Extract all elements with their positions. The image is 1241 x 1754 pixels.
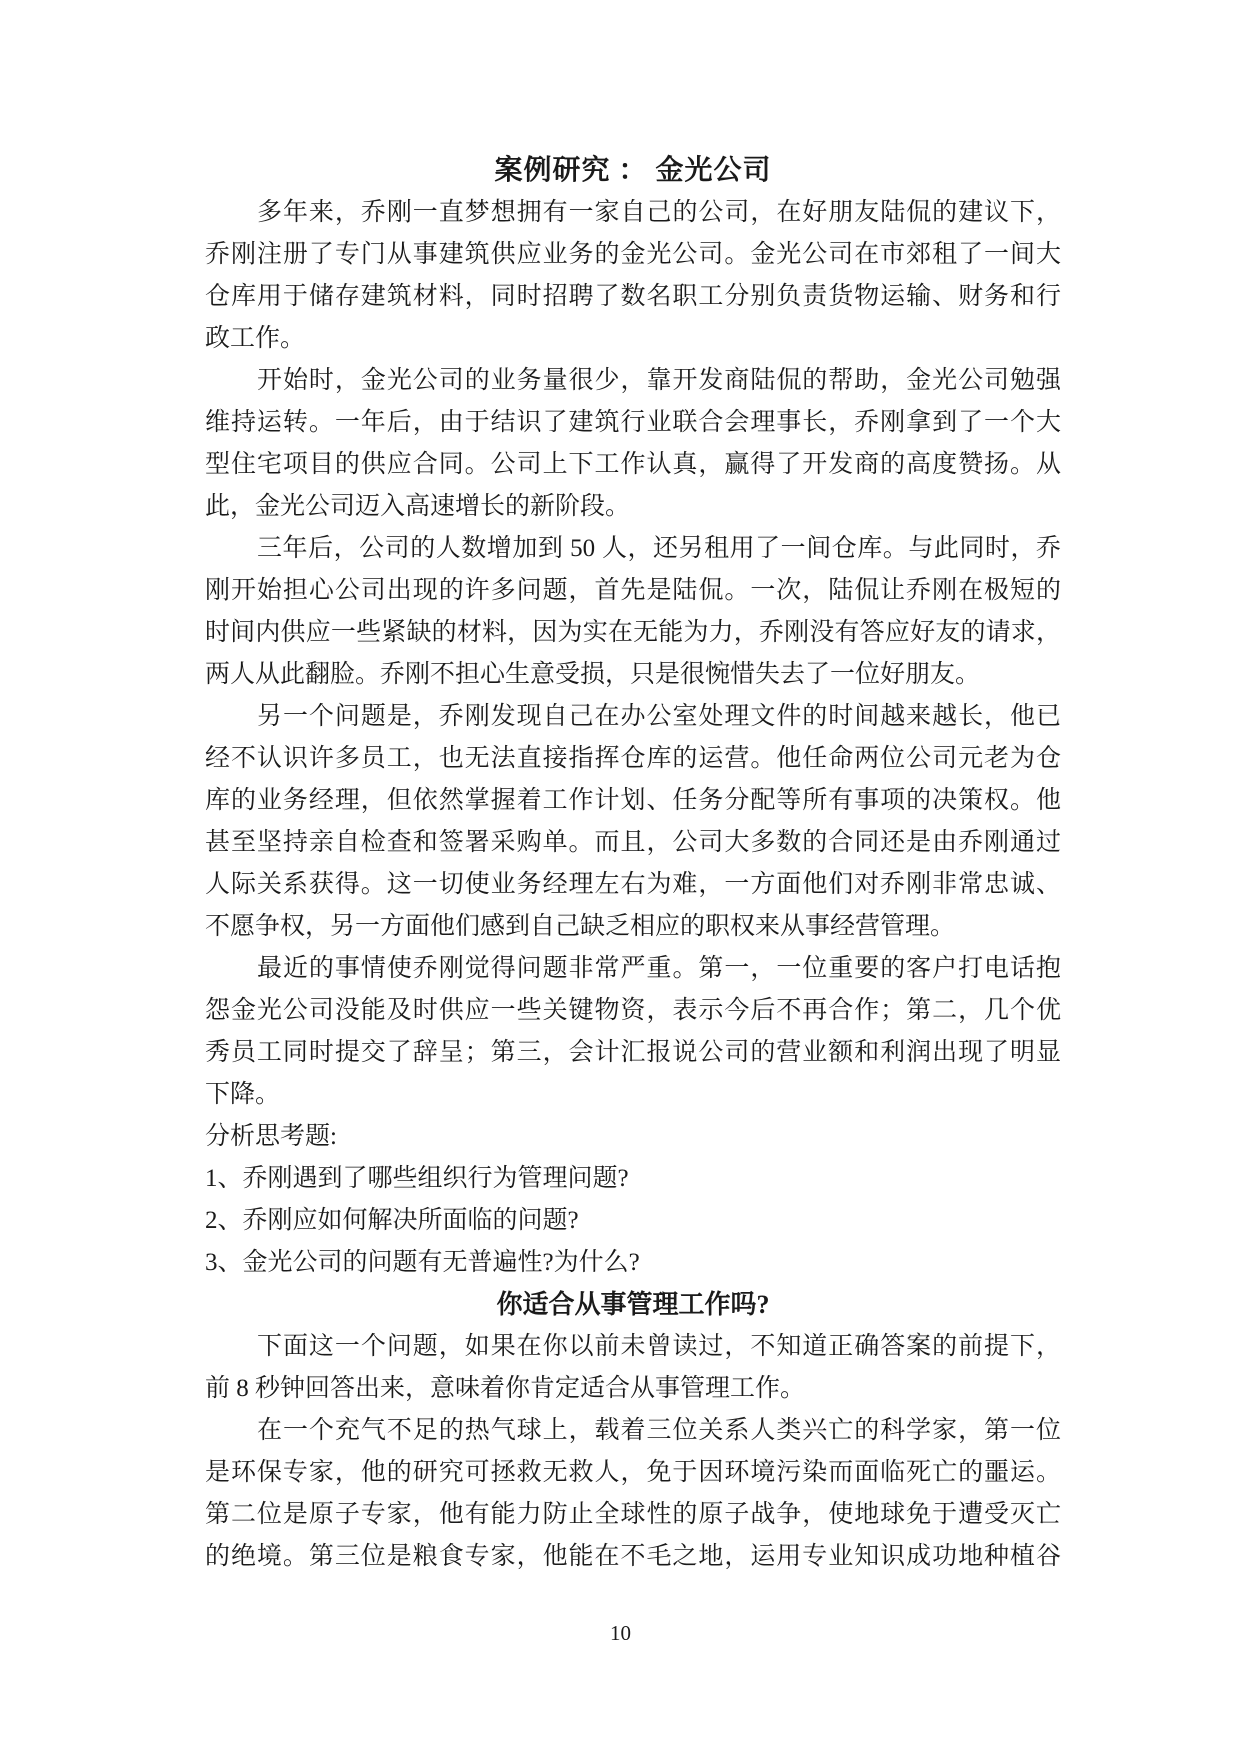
- paragraph-line: 两人从此翻脸。乔刚不担心生意受损，只是很惋惜失去了一位好朋友。: [205, 654, 1061, 696]
- paragraph-line: 刚开始担心公司出现的许多问题，首先是陆侃。一次，陆侃让乔刚在极短的: [205, 570, 1061, 612]
- document-page: 案例研究 ： 金光公司 多年来，乔刚一直梦想拥有一家自己的公司，在好朋友陆侃的建…: [0, 0, 1241, 1754]
- paragraph-line: 时间内供应一些紧缺的材料，因为实在无能为力，乔刚没有答应好友的请求，: [205, 612, 1061, 654]
- paragraph-line: 第二位是原子专家，他有能力防止全球性的原子战争，使地球免于遭受灭亡: [205, 1494, 1061, 1536]
- paragraph-line: 多年来，乔刚一直梦想拥有一家自己的公司，在好朋友陆侃的建议下，: [205, 192, 1061, 234]
- page-content: 案例研究 ： 金光公司 多年来，乔刚一直梦想拥有一家自己的公司，在好朋友陆侃的建…: [205, 150, 1061, 1578]
- paragraph-line: 的绝境。第三位是粮食专家，他能在不毛之地，运用专业知识成功地种植谷: [205, 1536, 1061, 1578]
- paragraph-line: 是环保专家，他的研究可拯救无救人，免于因环境污染而面临死亡的噩运。: [205, 1452, 1061, 1494]
- paragraph-line: 在一个充气不足的热气球上，载着三位关系人类兴亡的科学家，第一位: [205, 1410, 1061, 1452]
- paragraph-line: 仓库用于储存建筑材料，同时招聘了数名职工分别负责货物运输、财务和行: [205, 276, 1061, 318]
- paragraph-line: 人际关系获得。这一切使业务经理左右为难，一方面他们对乔刚非常忠诚、: [205, 864, 1061, 906]
- paragraph-line: 开始时，金光公司的业务量很少，靠开发商陆侃的帮助，金光公司勉强: [205, 360, 1061, 402]
- page-number: 10: [0, 1612, 1241, 1654]
- paragraph-line: 前 8 秒钟回答出来，意味着你肯定适合从事管理工作。: [205, 1368, 1061, 1410]
- paragraph-line: 怨金光公司没能及时供应一些关键物资，表示今后不再合作；第二，几个优: [205, 990, 1061, 1032]
- paragraph-line: 甚至坚持亲自检查和签署采购单。而且，公司大多数的合同还是由乔刚通过: [205, 822, 1061, 864]
- question-item-1: 1、乔刚遇到了哪些组织行为管理问题?: [205, 1158, 1061, 1200]
- question-item-2: 2、乔刚应如何解决所面临的问题?: [205, 1200, 1061, 1242]
- paragraph-line: 三年后，公司的人数增加到 50 人，还另租用了一间仓库。与此同时，乔: [205, 528, 1061, 570]
- paragraph-line: 最近的事情使乔刚觉得问题非常严重。第一，一位重要的客户打电话抱: [205, 948, 1061, 990]
- paragraph-line: 维持运转。一年后，由于结识了建筑行业联合会理事长，乔刚拿到了一个大: [205, 402, 1061, 444]
- paragraph-line: 经不认识许多员工，也无法直接指挥仓库的运营。他任命两位公司元老为仓: [205, 738, 1061, 780]
- paragraph-line: 下降。: [205, 1074, 1061, 1116]
- paragraph-line: 库的业务经理，但依然掌握着工作计划、任务分配等所有事项的决策权。他: [205, 780, 1061, 822]
- paragraph-line: 秀员工同时提交了辞呈；第三，会计汇报说公司的营业额和利润出现了明显: [205, 1032, 1061, 1074]
- paragraph-line: 不愿争权，另一方面他们感到自己缺乏相应的职权来从事经营管理。: [205, 906, 1061, 948]
- paragraph-line: 下面这一个问题，如果在你以前未曾读过，不知道正确答案的前提下，: [205, 1326, 1061, 1368]
- question-item-3: 3、金光公司的问题有无普遍性?为什么?: [205, 1242, 1061, 1284]
- paragraph-line: 政工作。: [205, 318, 1061, 360]
- quiz-heading: 你适合从事管理工作吗?: [205, 1284, 1061, 1326]
- paragraph-line: 另一个问题是，乔刚发现自己在办公室处理文件的时间越来越长，他已: [205, 696, 1061, 738]
- paragraph-line: 此，金光公司迈入高速增长的新阶段。: [205, 486, 1061, 528]
- analysis-label: 分析思考题:: [205, 1116, 1061, 1158]
- paragraph-line: 乔刚注册了专门从事建筑供应业务的金光公司。金光公司在市郊租了一间大: [205, 234, 1061, 276]
- paragraph-line: 型住宅项目的供应合同。公司上下工作认真，赢得了开发商的高度赞扬。从: [205, 444, 1061, 486]
- case-study-title: 案例研究 ： 金光公司: [205, 150, 1061, 192]
